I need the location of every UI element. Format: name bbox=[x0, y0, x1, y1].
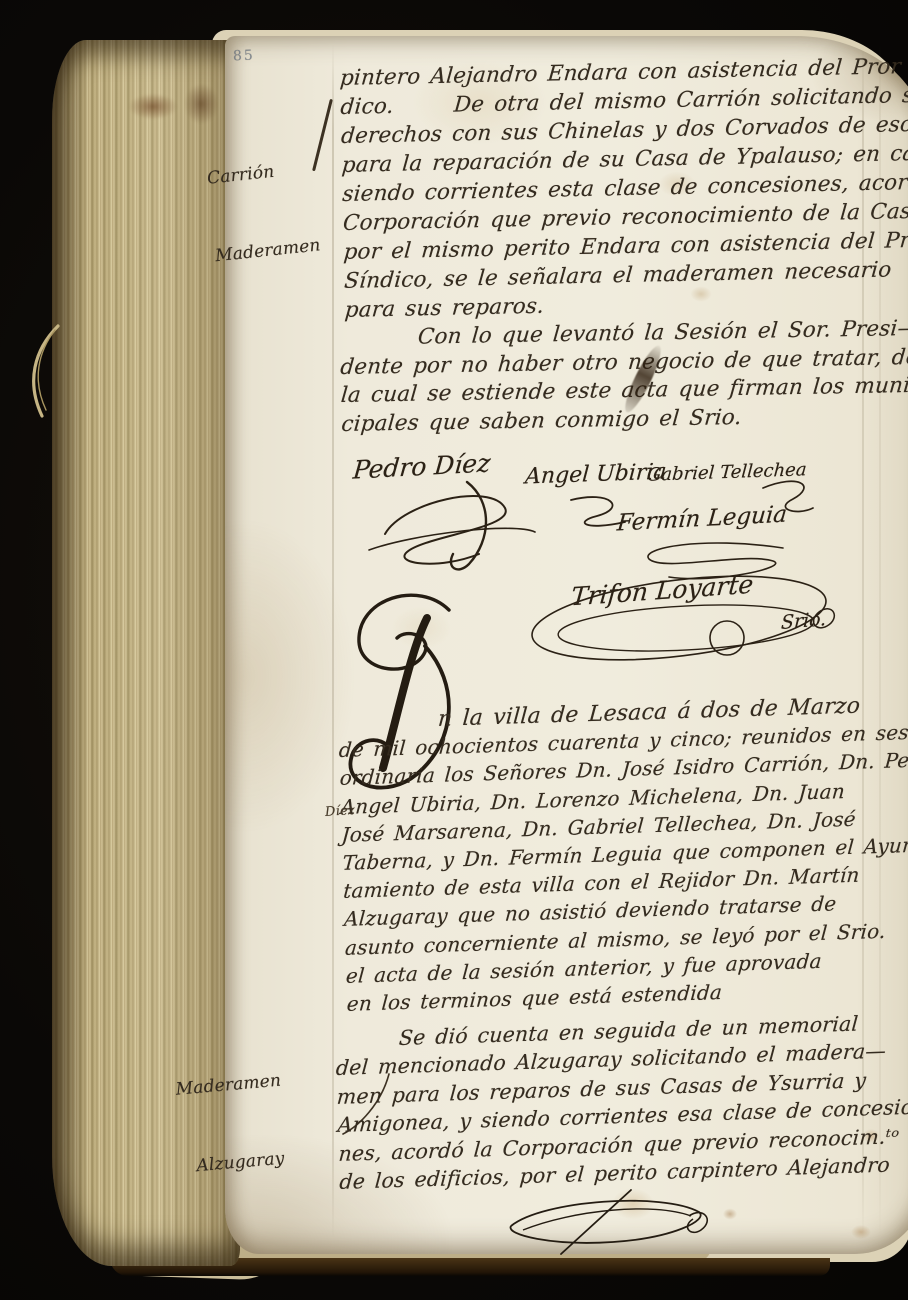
margin-note-line: Alzugaray bbox=[181, 1145, 289, 1180]
paragraph-session-opening: n la villa de Lesaca á dos de Marzo de m… bbox=[336, 693, 901, 1020]
margin-note-carrion-maderamen: Carrión Maderamen bbox=[200, 103, 327, 321]
margin-note-line: Maderamen bbox=[214, 232, 322, 269]
paragraph-session-close: Con lo que levantó la Sesión el Sor. Pre… bbox=[338, 316, 892, 440]
manuscript-page: 85 Carrión Maderamen Maderamen Alzugaray… bbox=[225, 36, 908, 1254]
margin-note-bracket-stroke bbox=[312, 99, 332, 171]
margin-note-line: Carrión bbox=[206, 155, 314, 192]
paragraph-alzugaray-memorial: Se dió cuenta en seguida de un memorial … bbox=[333, 1011, 894, 1199]
bottom-paragraph-flourish bbox=[503, 1188, 715, 1258]
thread-curve bbox=[22, 322, 68, 422]
signature-fermin-leguia: Fermín Leguia bbox=[616, 501, 788, 536]
margin-note-maderamen-alzugaray: Maderamen Alzugaray bbox=[170, 1016, 293, 1232]
signature-role-secretary: Srio. bbox=[781, 608, 827, 634]
paragraph-carrion-request: pintero Alejandro Endara con asistencia … bbox=[338, 54, 895, 327]
margin-note-line: Maderamen bbox=[175, 1068, 283, 1103]
signature-rubric-pedro-diez bbox=[363, 476, 543, 576]
page-number: 85 bbox=[233, 48, 255, 65]
interline-insertion-diez: Díez bbox=[325, 803, 356, 820]
binding-thread bbox=[22, 322, 68, 422]
photographed-manuscript-book: 85 Carrión Maderamen Maderamen Alzugaray… bbox=[0, 0, 908, 1300]
